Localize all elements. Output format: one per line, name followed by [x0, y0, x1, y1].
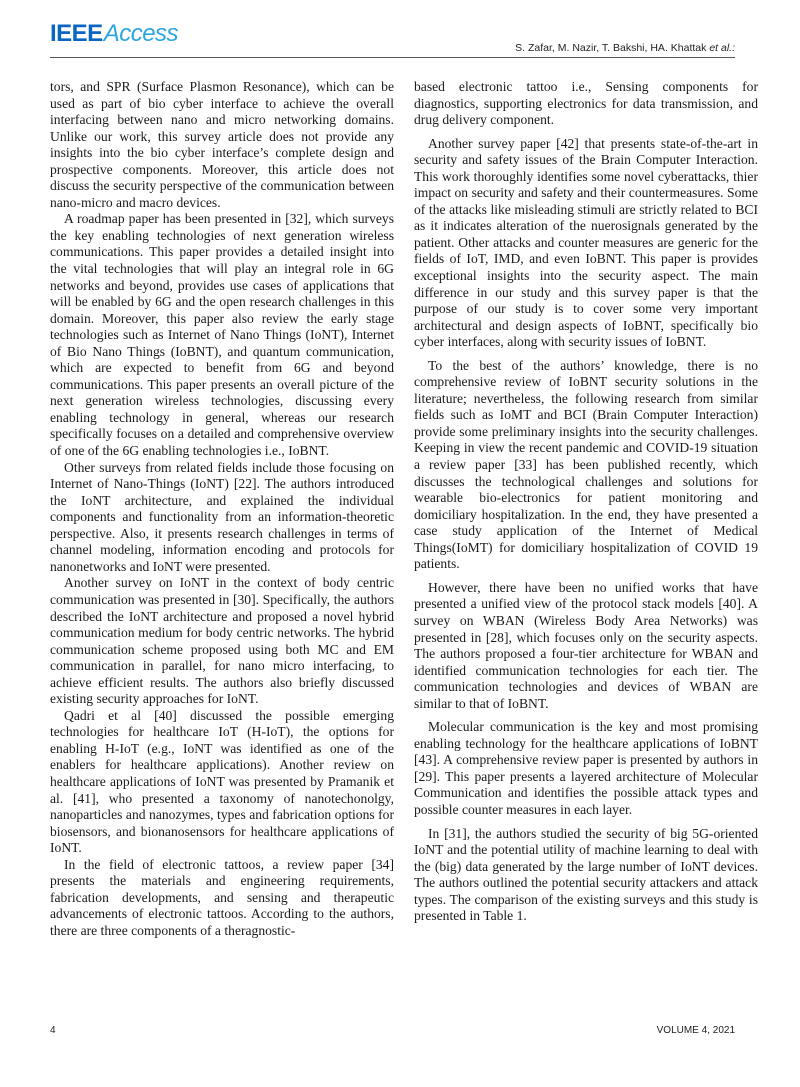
left-column: tors, and SPR (Surface Plasmon Resonance…: [50, 79, 394, 939]
paragraph: based electronic tattoo i.e., Sensing co…: [414, 79, 758, 129]
ieee-access-logo: IEEEAccess: [50, 20, 178, 48]
paragraph: Qadri et al [40] discussed the possible …: [50, 708, 394, 857]
page-header: IEEEAccess S. Zafar, M. Nazir, T. Bakshi…: [50, 18, 735, 58]
paragraph: Another survey paper [42] that presents …: [414, 136, 758, 351]
paragraph: However, there have been no unified work…: [414, 580, 758, 712]
volume-label: VOLUME 4, 2021: [657, 1025, 735, 1036]
paragraph: Other surveys from related fields includ…: [50, 460, 394, 576]
paragraph: A roadmap paper has been presented in [3…: [50, 211, 394, 459]
authors-et-al: et al.:: [709, 42, 735, 54]
right-column: based electronic tattoo i.e., Sensing co…: [414, 79, 758, 925]
paragraph: Molecular communication is the key and m…: [414, 719, 758, 818]
paragraph: In [31], the authors studied the securit…: [414, 826, 758, 925]
logo-ieee-text: IEEE: [50, 20, 103, 47]
authors-names: S. Zafar, M. Nazir, T. Bakshi, HA. Khatt…: [515, 42, 709, 54]
page-number: 4: [50, 1025, 56, 1036]
paragraph: tors, and SPR (Surface Plasmon Resonance…: [50, 79, 394, 211]
paragraph: To the best of the authors’ knowledge, t…: [414, 358, 758, 573]
running-head-authors: S. Zafar, M. Nazir, T. Bakshi, HA. Khatt…: [515, 42, 735, 54]
logo-access-text: Access: [104, 20, 178, 47]
header-rule: [50, 57, 735, 58]
paragraph: In the field of electronic tattoos, a re…: [50, 857, 394, 940]
paragraph: Another survey on IoNT in the context of…: [50, 575, 394, 707]
